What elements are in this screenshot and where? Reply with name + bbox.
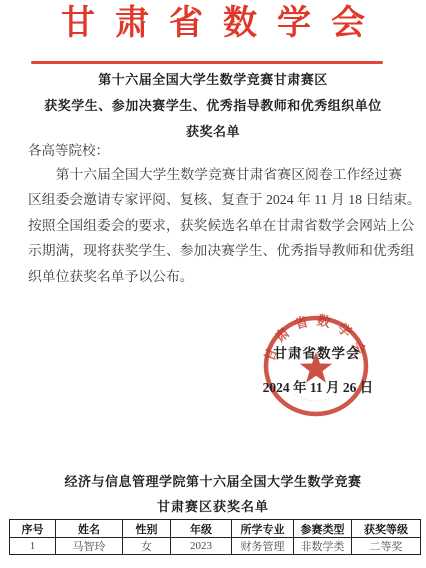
document-page: 甘肃省数学会 第十六届全国大学生数学竞赛甘肃赛区 获奖学生、参加决赛学生、优秀指… xyxy=(0,0,426,568)
award-list-heading-2: 甘肃赛区获奖名单 xyxy=(0,496,426,515)
subtitle-line-3: 获奖名单 xyxy=(0,124,426,140)
table-header-cell: 序号 xyxy=(10,520,56,538)
body-line: 按照全国组委会的要求，获奖候选名单在甘肃省数学会网站上公 xyxy=(28,213,402,238)
signature-org: 甘肃省数学会 xyxy=(250,342,384,362)
body-line: 区组委会邀请专家评阅、复核、复查于 2024 年 11 月 18 日结束。 xyxy=(28,187,402,212)
table-header-cell: 年级 xyxy=(171,520,232,538)
table-cell: 1 xyxy=(10,538,56,555)
body-line: 示期满，现将获奖学生、参加决赛学生、优秀指导教师和优秀组 xyxy=(28,238,402,263)
org-title: 甘肃省数学会 xyxy=(0,1,426,47)
body-line: 织单位获奖名单予以公布。 xyxy=(28,264,402,289)
table-header-cell: 获奖等级 xyxy=(352,520,421,538)
table-cell: 二等奖 xyxy=(352,538,421,555)
table-header-cell: 性别 xyxy=(123,520,171,538)
table-header-cell: 姓名 xyxy=(56,520,123,538)
body-line: 第十六届全国大学生数学竞赛甘肃省赛区阅卷工作经过赛 xyxy=(28,162,402,187)
table-cell: 非数学类 xyxy=(294,538,352,555)
notice-body: 第十六届全国大学生数学竞赛甘肃省赛区阅卷工作经过赛区组委会邀请专家评阅、复核、复… xyxy=(28,162,402,289)
subtitle-line-2: 获奖学生、参加决赛学生、优秀指导教师和优秀组织单位 xyxy=(0,98,426,114)
table-header-row: 序号姓名性别年级所学专业参赛类型获奖等级 xyxy=(10,520,421,538)
signature-date: 2024 年 11 月 26 日 xyxy=(230,376,406,396)
official-seal: 甘肃省数学会 ············· xyxy=(260,312,372,420)
table-header-cell: 所学专业 xyxy=(232,520,294,538)
notice-subtitle: 第十六届全国大学生数学竞赛甘肃赛区 获奖学生、参加决赛学生、优秀指导教师和优秀组… xyxy=(0,72,426,150)
award-list-heading-1: 经济与信息管理学院第十六届全国大学生数学竞赛 xyxy=(0,471,426,490)
table-header-cell: 参赛类型 xyxy=(294,520,352,538)
award-table: 序号姓名性别年级所学专业参赛类型获奖等级 1马智玲女2023财务管理非数学类二等… xyxy=(9,519,421,555)
table-row: 1马智玲女2023财务管理非数学类二等奖 xyxy=(10,538,421,555)
subtitle-line-1: 第十六届全国大学生数学竞赛甘肃赛区 xyxy=(0,72,426,88)
table-cell: 马智玲 xyxy=(56,538,123,555)
table-cell: 2023 xyxy=(171,538,232,555)
table-cell: 财务管理 xyxy=(232,538,294,555)
salutation: 各高等院校： xyxy=(28,142,109,160)
table-cell: 女 xyxy=(123,538,171,555)
title-divider xyxy=(31,61,383,64)
